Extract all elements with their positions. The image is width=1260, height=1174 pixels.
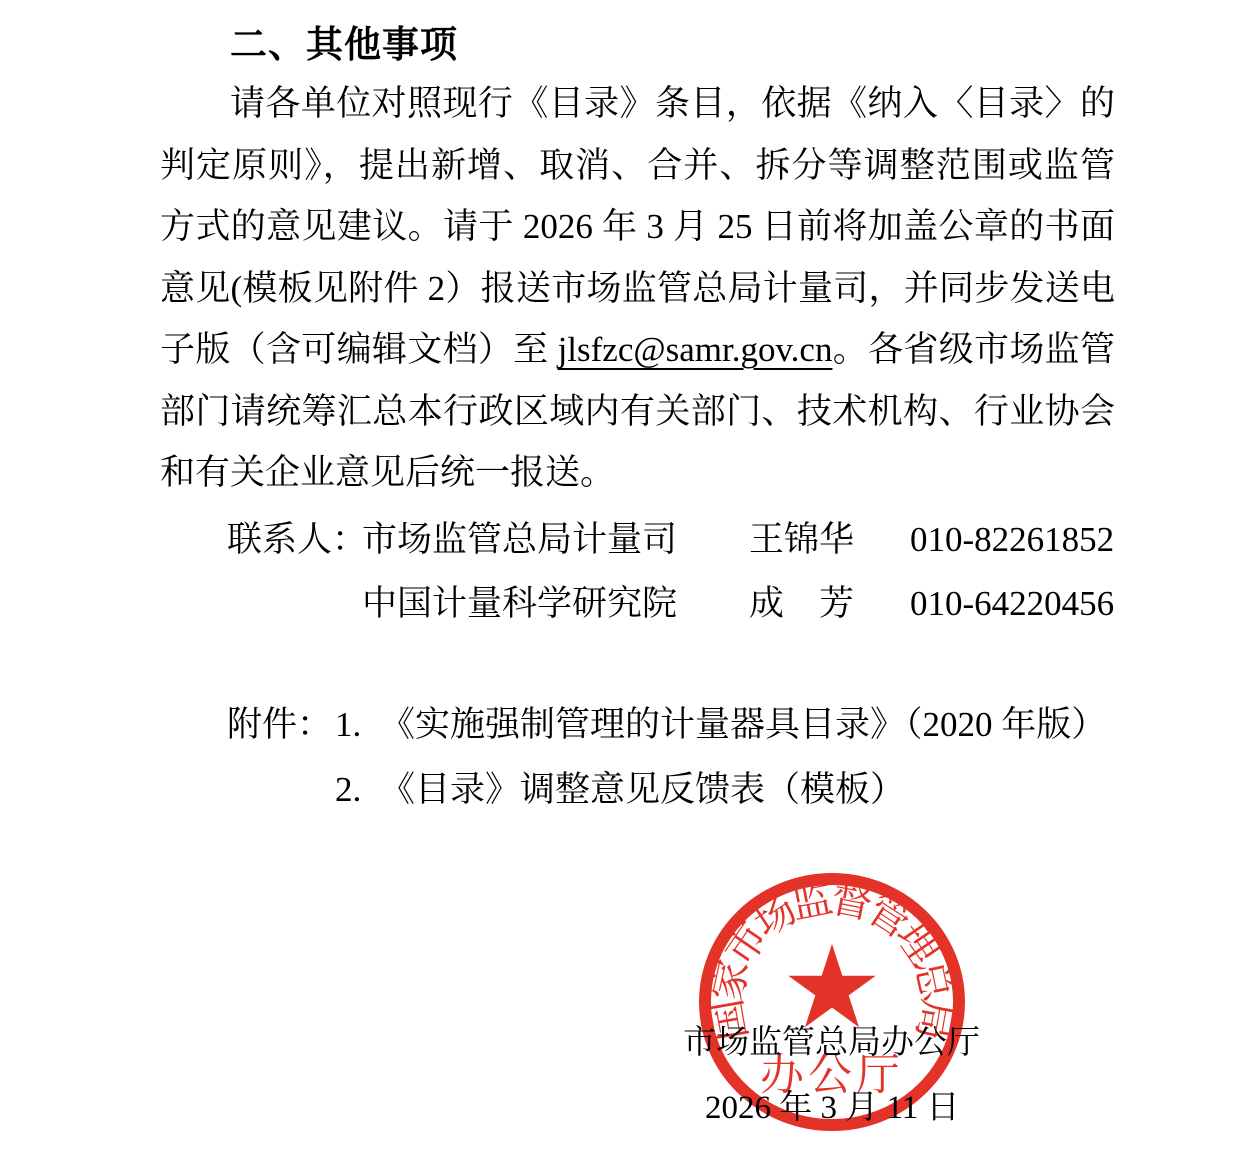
paragraph-text-before: 请各单位对照现行《目录》条目，依据《纳入〈目录〉的判定原则》，提出新增、取消、合… (160, 84, 1115, 369)
contact-label: 联系人： (227, 521, 367, 559)
seal-star-icon (788, 944, 875, 1027)
document-page: 二、其他事项 请各单位对照现行《目录》条目，依据《纳入〈目录〉的判定原则》，提出… (0, 0, 1260, 1174)
signature-org: 市场监管总局办公厅 (683, 1024, 980, 1062)
attachment-title: 《实施强制管理的计量器具目录》（2020 年版） (380, 706, 1106, 744)
signature-date: 2026 年 3 月 11 日 (705, 1089, 960, 1127)
body-paragraph: 请各单位对照现行《目录》条目，依据《纳入〈目录〉的判定原则》，提出新增、取消、合… (160, 73, 1115, 504)
email-link[interactable]: jlsfzc@samr.gov.cn (558, 330, 833, 369)
attachments-label: 附件： (227, 706, 332, 744)
attachment-title: 《目录》调整意见反馈表（模板） (380, 771, 905, 809)
contact-org: 中国计量科学研究院 (362, 585, 677, 623)
contact-person: 成 芳 (749, 585, 854, 623)
attachment-number: 1. (335, 706, 361, 744)
contact-org: 市场监管总局计量司 (362, 521, 677, 559)
contact-phone: 010-82261852 (910, 521, 1114, 559)
section-heading: 二、其他事项 (230, 14, 458, 68)
contact-phone: 010-64220456 (910, 585, 1114, 623)
attachment-number: 2. (335, 771, 361, 809)
contact-person: 王锦华 (749, 521, 854, 559)
